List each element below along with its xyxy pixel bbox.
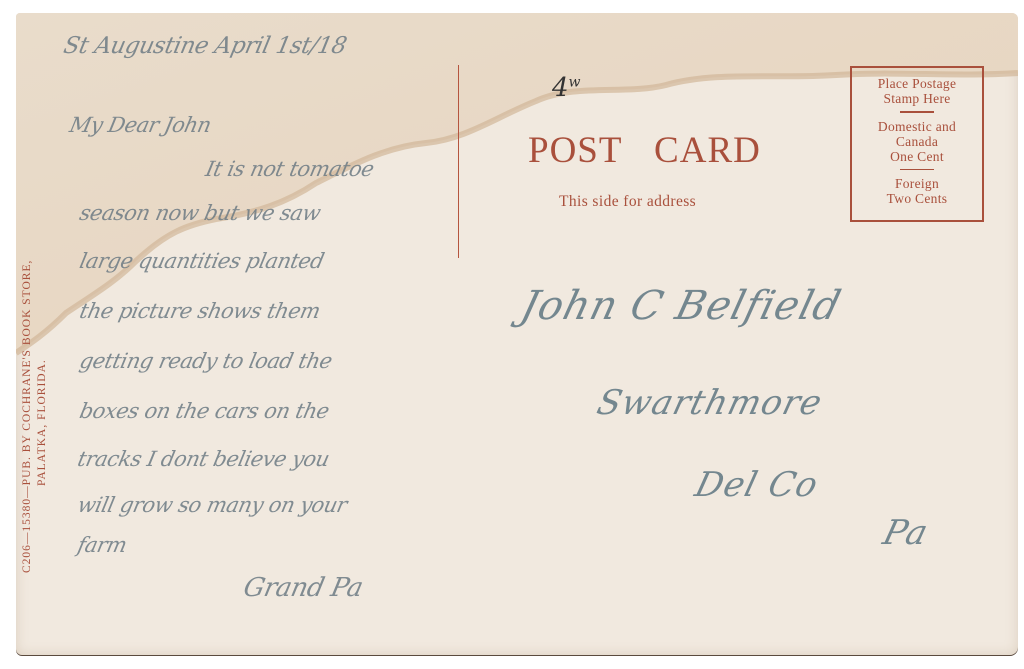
stamp-line-3: Domestic and xyxy=(852,119,982,134)
message-line: It is not tomatoe xyxy=(203,157,375,181)
postcard: C206—15380—PUB. BY COCHRANE'S BOOK STORE… xyxy=(16,13,1018,655)
publisher-imprint: C206—15380—PUB. BY COCHRANE'S BOOK STORE… xyxy=(20,260,50,573)
message-line: tracks I dont believe you xyxy=(75,447,331,471)
address-name: John C Belfield xyxy=(516,283,846,329)
address-street: Swarthmore xyxy=(593,383,827,423)
message-line: the picture shows them xyxy=(77,299,322,323)
message-salutation: My Dear John xyxy=(67,113,213,137)
stamp-placement-box: Place Postage Stamp Here Domestic and Ca… xyxy=(850,66,984,222)
message-line: getting ready to load the xyxy=(77,349,334,373)
publisher-line-2: PALATKA, FLORIDA. xyxy=(35,260,50,573)
pencil-number: 4w xyxy=(552,73,581,103)
stamp-line-2: Stamp Here xyxy=(852,91,982,106)
message-signature: Grand Pa xyxy=(241,573,366,603)
message-line: will grow so many on your xyxy=(75,493,349,517)
stamp-rule xyxy=(900,111,934,113)
stamp-line-4: Canada xyxy=(852,134,982,149)
stamp-line-7: Two Cents xyxy=(852,191,982,206)
message-line: farm xyxy=(75,533,128,557)
publisher-line-1: C206—15380—PUB. BY COCHRANE'S BOOK STORE… xyxy=(20,260,35,573)
message-line: boxes on the cars on the xyxy=(77,399,331,423)
message-line: season now but we saw xyxy=(77,201,322,225)
message-place-date: St Augustine April 1st/18 xyxy=(61,33,348,59)
stamp-line-6: Foreign xyxy=(852,176,982,191)
stamp-line-5: One Cent xyxy=(852,149,982,164)
message-address-divider xyxy=(458,65,459,258)
stamp-rule xyxy=(900,169,934,171)
message-line: large quantities planted xyxy=(77,249,326,273)
stamp-line-1: Place Postage xyxy=(852,76,982,91)
address-side-label: This side for address xyxy=(559,193,696,211)
address-county: Del Co xyxy=(691,465,823,505)
post-card-title: POST CARD xyxy=(528,129,761,172)
